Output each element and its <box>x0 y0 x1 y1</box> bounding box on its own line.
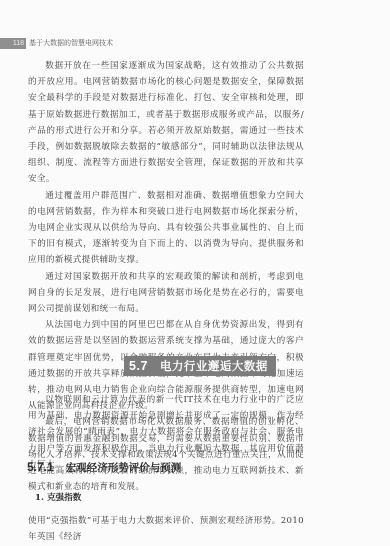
book-title: 基于大数据的智慧电网技术 <box>29 38 113 49</box>
paragraph: 通过覆盖用户群范围广、数据相对准确、数据增值想象力空间大的电网营销数据，作为样本… <box>28 188 304 269</box>
running-head: 118 基于大数据的智慧电网技术 <box>0 37 113 49</box>
subsection-heading: 5.7.1宏观经济形势评价与预测 <box>27 460 181 475</box>
paragraph: 使用“克强指数”可基于电力大数据来评价、预测宏观经济形势。2010年英国《经济 <box>28 513 304 545</box>
item-heading: 1. 克强指数 <box>35 491 81 503</box>
section-number: 5.7 <box>129 359 148 373</box>
item-body: 使用“克强指数”可基于电力大数据来评价、预测宏观经济形势。2010年英国《经济 <box>28 513 304 545</box>
section-heading-wrap: 5.7电力行业邂逅大数据 <box>0 355 390 376</box>
subsection-title: 宏观经济形势评价与预测 <box>66 462 182 474</box>
paragraph: 通过对国家数据开放和共享的宏观政策的解读和剖析，考虑到电网自身的长足发展，进行电… <box>28 269 304 318</box>
subsection-number: 5.7.1 <box>27 460 54 474</box>
paragraph: 数据开放在一些国家逐渐成为国家战略，这有效推动了公共数据的开放应用。电网营销数据… <box>28 58 304 188</box>
section-heading: 5.7电力行业邂逅大数据 <box>124 356 276 376</box>
page-number-bar: 118 <box>0 38 26 49</box>
page-number: 118 <box>13 38 24 49</box>
section-title: 电力行业邂逅大数据 <box>160 359 268 373</box>
